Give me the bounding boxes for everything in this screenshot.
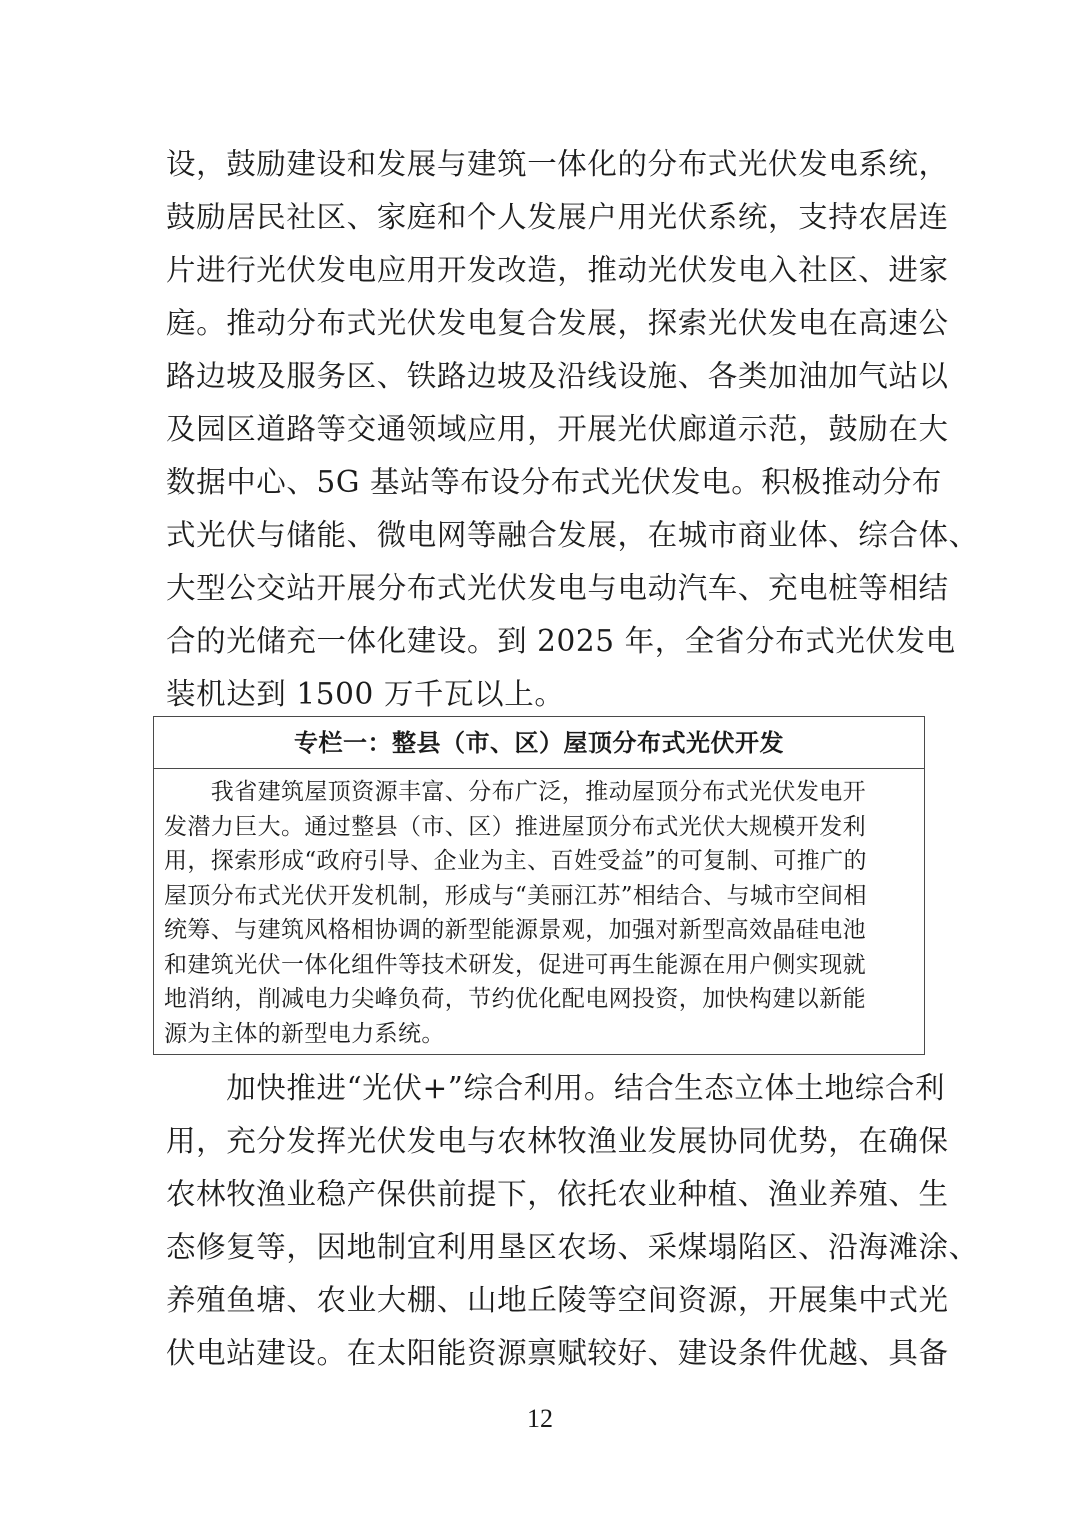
text-line: 大型公交站开展分布式光伏发电与电动汽车、充电桩等相结 bbox=[166, 562, 916, 615]
text-line: 态修复等，因地制宜利用垦区农场、采煤塌陷区、沿海滩涂、 bbox=[166, 1221, 916, 1274]
text-line: 设，鼓励建设和发展与建筑一体化的分布式光伏发电系统， bbox=[166, 138, 916, 191]
body-paragraph-distributed-pv: 设，鼓励建设和发展与建筑一体化的分布式光伏发电系统， 鼓励居民社区、家庭和个人发… bbox=[166, 138, 916, 721]
box-text-line: 地消纳，削减电力尖峰负荷，节约优化配电网投资，加快构建以新能 bbox=[164, 982, 924, 1017]
page-number: 12 bbox=[0, 1404, 1080, 1434]
text-line: 伏电站建设。在太阳能资源禀赋较好、建设条件优越、具备 bbox=[166, 1327, 916, 1380]
text-line: 及园区道路等交通领域应用，开展光伏廊道示范，鼓励在大 bbox=[166, 403, 916, 456]
text-line: 装机达到 1500 万千瓦以上。 bbox=[166, 668, 916, 721]
text-line: 式光伏与储能、微电网等融合发展，在城市商业体、综合体、 bbox=[166, 509, 916, 562]
text-line: 数据中心、5G 基站等布设分布式光伏发电。积极推动分布 bbox=[166, 456, 916, 509]
text-line: 鼓励居民社区、家庭和个人发展户用光伏系统，支持农居连 bbox=[166, 191, 916, 244]
text-line: 用，充分发挥光伏发电与农林牧渔业发展协同优势，在确保 bbox=[166, 1115, 916, 1168]
text-line: 农林牧渔业稳产保供前提下，依托农业种植、渔业养殖、生 bbox=[166, 1168, 916, 1221]
box-text-line: 和建筑光伏一体化组件等技术研发，促进可再生能源在用户侧实现就 bbox=[164, 948, 924, 983]
box-text-line: 屋顶分布式光伏开发机制，形成与“美丽江苏”相结合、与城市空间相 bbox=[164, 879, 924, 914]
text-line: 庭。推动分布式光伏发电复合发展，探索光伏发电在高速公 bbox=[166, 297, 916, 350]
text-line: 片进行光伏发电应用开发改造，推动光伏发电入社区、进家 bbox=[166, 244, 916, 297]
special-column-body: 我省建筑屋顶资源丰富、分布广泛，推动屋顶分布式光伏发电开 发潜力巨大。通过整县（… bbox=[154, 769, 924, 1051]
text-line: 加快推进“光伏+”综合利用。结合生态立体土地综合利 bbox=[166, 1062, 916, 1115]
box-text-line: 发潜力巨大。通过整县（市、区）推进屋顶分布式光伏大规模开发利 bbox=[164, 810, 924, 845]
box-text-line: 我省建筑屋顶资源丰富、分布广泛，推动屋顶分布式光伏发电开 bbox=[164, 775, 924, 810]
box-text-line: 源为主体的新型电力系统。 bbox=[164, 1017, 924, 1052]
box-text-line: 用，探索形成“政府引导、企业为主、百姓受益”的可复制、可推广的 bbox=[164, 844, 924, 879]
special-column-title: 专栏一：整县（市、区）屋顶分布式光伏开发 bbox=[154, 717, 924, 769]
text-line: 路边坡及服务区、铁路边坡及沿线设施、各类加油加气站以 bbox=[166, 350, 916, 403]
body-paragraph-pv-plus: 加快推进“光伏+”综合利用。结合生态立体土地综合利 用，充分发挥光伏发电与农林牧… bbox=[166, 1062, 916, 1380]
text-line: 合的光储充一体化建设。到 2025 年，全省分布式光伏发电 bbox=[166, 615, 916, 668]
document-page: 设，鼓励建设和发展与建筑一体化的分布式光伏发电系统， 鼓励居民社区、家庭和个人发… bbox=[0, 0, 1080, 1527]
box-text-line: 统筹、与建筑风格相协调的新型能源景观，加强对新型高效晶硅电池 bbox=[164, 913, 924, 948]
special-column-box: 专栏一：整县（市、区）屋顶分布式光伏开发 我省建筑屋顶资源丰富、分布广泛，推动屋… bbox=[153, 716, 925, 1055]
text-line: 养殖鱼塘、农业大棚、山地丘陵等空间资源，开展集中式光 bbox=[166, 1274, 916, 1327]
